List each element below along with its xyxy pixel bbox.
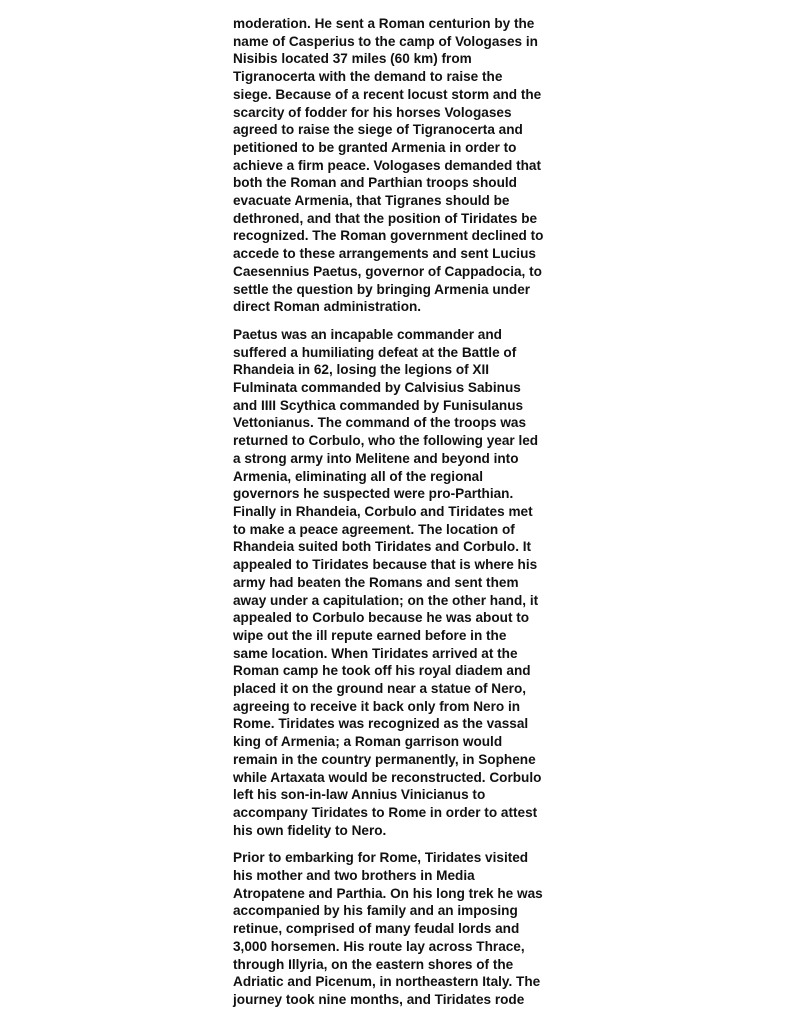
text-line: left his son-in-law Annius Vinicianus to [233, 786, 563, 804]
text-line: evacuate Armenia, that Tigranes should b… [233, 192, 563, 210]
text-line: placed it on the ground near a statue of… [233, 680, 563, 698]
text-line: petitioned to be granted Armenia in orde… [233, 139, 563, 157]
text-line: dethroned, and that the position of Tiri… [233, 210, 563, 228]
text-line: siege. Because of a recent locust storm … [233, 86, 563, 104]
text-line: appealed to Tiridates because that is wh… [233, 556, 563, 574]
text-line: governors he suspected were pro-Parthian… [233, 485, 563, 503]
text-line: a strong army into Melitene and beyond i… [233, 450, 563, 468]
text-line: recognized. The Roman government decline… [233, 227, 563, 245]
text-line: agreeing to receive it back only from Ne… [233, 698, 563, 716]
text-line: Rhandeia in 62, losing the legions of XI… [233, 361, 563, 379]
text-line: remain in the country permanently, in So… [233, 751, 563, 769]
text-line: army had beaten the Romans and sent them [233, 574, 563, 592]
text-line: while Artaxata would be reconstructed. C… [233, 769, 563, 787]
text-line: Rome. Tiridates was recognized as the va… [233, 715, 563, 733]
text-line: his mother and two brothers in Media [233, 867, 563, 885]
text-line: accompany Tiridates to Rome in order to … [233, 804, 563, 822]
text-line: Vettonianus. The command of the troops w… [233, 414, 563, 432]
text-line: achieve a firm peace. Vologases demanded… [233, 157, 563, 175]
text-line: accompanied by his family and an imposin… [233, 902, 563, 920]
text-line: Finally in Rhandeia, Corbulo and Tiridat… [233, 503, 563, 521]
text-line: agreed to raise the siege of Tigranocert… [233, 121, 563, 139]
text-line: retinue, comprised of many feudal lords … [233, 920, 563, 938]
text-line: Nisibis located 37 miles (60 km) from [233, 50, 563, 68]
text-line: Prior to embarking for Rome, Tiridates v… [233, 849, 563, 867]
text-line: suffered a humiliating defeat at the Bat… [233, 344, 563, 362]
text-line: Paetus was an incapable commander and [233, 326, 563, 344]
text-line: settle the question by bringing Armenia … [233, 281, 563, 299]
text-line: journey took nine months, and Tiridates … [233, 991, 563, 1009]
text-line: moderation. He sent a Roman centurion by… [233, 15, 563, 33]
text-line: scarcity of fodder for his horses Vologa… [233, 104, 563, 122]
text-line: wipe out the ill repute earned before in… [233, 627, 563, 645]
text-line: his own fidelity to Nero. [233, 822, 563, 840]
text-line: king of Armenia; a Roman garrison would [233, 733, 563, 751]
paragraph-1: moderation. He sent a Roman centurion by… [233, 15, 563, 316]
text-line: same location. When Tiridates arrived at… [233, 645, 563, 663]
text-line: away under a capitulation; on the other … [233, 592, 563, 610]
text-line: both the Roman and Parthian troops shoul… [233, 174, 563, 192]
paragraph-3: Prior to embarking for Rome, Tiridates v… [233, 849, 563, 1008]
text-line: Tigranocerta with the demand to raise th… [233, 68, 563, 86]
text-line: Adriatic and Picenum, in northeastern It… [233, 973, 563, 991]
text-line: Fulminata commanded by Calvisius Sabinus [233, 379, 563, 397]
text-line: Armenia, eliminating all of the regional [233, 468, 563, 486]
document-page: moderation. He sent a Roman centurion by… [233, 15, 563, 1019]
text-line: appealed to Corbulo because he was about… [233, 609, 563, 627]
text-line: Atropatene and Parthia. On his long trek… [233, 885, 563, 903]
text-line: returned to Corbulo, who the following y… [233, 432, 563, 450]
text-line: accede to these arrangements and sent Lu… [233, 245, 563, 263]
text-line: name of Casperius to the camp of Vologas… [233, 33, 563, 51]
text-line: to make a peace agreement. The location … [233, 521, 563, 539]
text-line: and IIII Scythica commanded by Funisulan… [233, 397, 563, 415]
text-line: 3,000 horsemen. His route lay across Thr… [233, 938, 563, 956]
text-line: direct Roman administration. [233, 298, 563, 316]
text-line: through Illyria, on the eastern shores o… [233, 956, 563, 974]
paragraph-2: Paetus was an incapable commander and su… [233, 326, 563, 839]
text-line: Rhandeia suited both Tiridates and Corbu… [233, 538, 563, 556]
text-line: Roman camp he took off his royal diadem … [233, 662, 563, 680]
text-line: Caesennius Paetus, governor of Cappadoci… [233, 263, 563, 281]
